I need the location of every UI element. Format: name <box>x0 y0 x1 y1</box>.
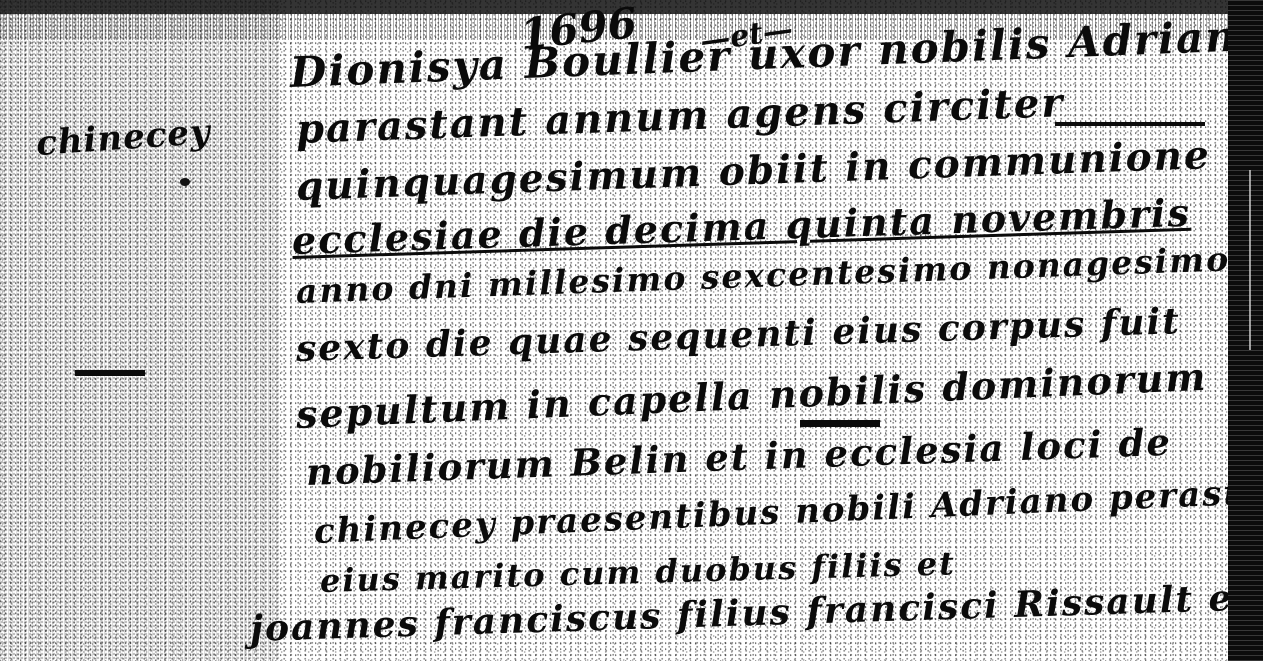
spine-highlight <box>1249 170 1251 350</box>
book-spine-gutter <box>1228 0 1263 661</box>
line-filler-dash <box>1055 122 1205 126</box>
ink-blot <box>180 178 190 186</box>
manuscript-page: 1696 —et— chinecey Dionisya Boullier uxo… <box>0 0 1228 661</box>
left-margin-noise <box>0 0 280 661</box>
margin-dash <box>75 370 145 376</box>
strikethrough-mark <box>800 420 880 427</box>
